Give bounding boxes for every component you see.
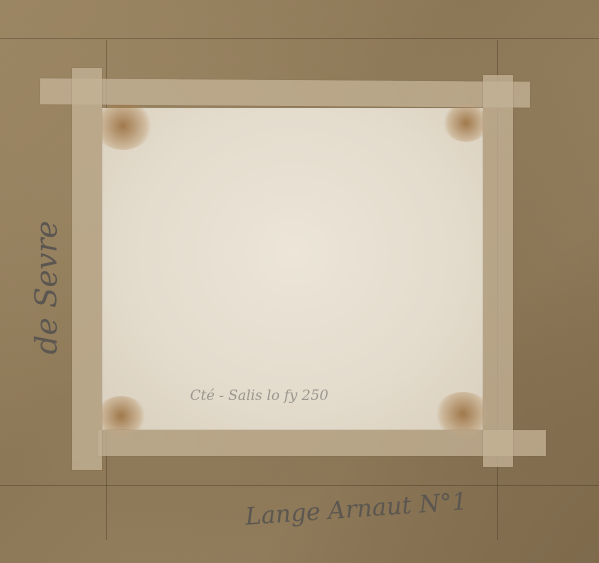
- tape-bottom: [98, 430, 546, 456]
- tape-top: [40, 78, 530, 107]
- tape-left: [72, 68, 102, 470]
- paper-card: Cté - Salis lo fy 250: [102, 108, 483, 430]
- card-pencil-note: Cté - Salis lo fy 250: [190, 388, 328, 404]
- stain-top-left: [94, 102, 152, 150]
- side-pencil-note: de Sevre: [29, 221, 64, 355]
- tape-right: [483, 75, 513, 467]
- ruled-line-top: [0, 38, 599, 39]
- ruled-line-bottom: [0, 485, 599, 486]
